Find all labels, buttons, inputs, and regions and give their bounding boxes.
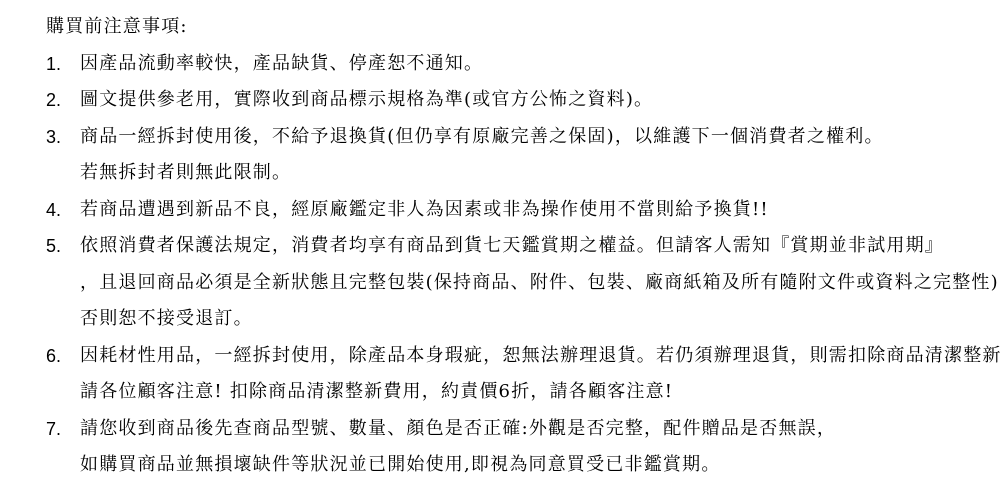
item-number: 1. — [46, 46, 80, 83]
notice-line: 請您收到商品後先查商品型號、數量、顏色是否正確:外觀是否完整，配件贈品是否無誤， — [80, 411, 980, 448]
item-number: 3. — [46, 119, 80, 156]
notice-line: 依照消費者保護法規定，消費者均享有商品到貨七天鑑賞期之權益。但請客人需知『賞期並… — [80, 228, 980, 265]
notice-item-6: 6. 因耗材性用品，一經拆封使用，除產品本身瑕疵，恕無法辦理退貨。若仍須辦理退貨… — [46, 338, 980, 411]
item-number: 2. — [46, 82, 80, 119]
notice-line: 如購買商品並無損壞缺件等狀況並已開始使用,即視為同意買受已非鑑賞期。 — [80, 447, 980, 484]
notice-line: 若無拆封者則無此限制。 — [80, 155, 980, 192]
notice-item-4: 4. 若商品遭遇到新品不良，經原廠鑑定非人為因素或非為操作使用不當則給予換貨!! — [46, 192, 980, 229]
item-text: 請您收到商品後先查商品型號、數量、顏色是否正確:外觀是否完整，配件贈品是否無誤，… — [80, 411, 980, 484]
notice-line: 因耗材性用品，一經拆封使用，除產品本身瑕疵，恕無法辦理退貨。若仍須辦理退貨，則需… — [80, 338, 980, 375]
notice-line: 圖文提供參老用，實際收到商品標示規格為準(或官方公怖之資料)。 — [80, 82, 980, 119]
item-text: 因產品流動率較快，產品缺貨、停產恕不通知。 — [80, 46, 980, 83]
item-number: 6. — [46, 338, 80, 375]
notice-line: 否則恕不接受退訂。 — [80, 301, 980, 338]
item-text: 依照消費者保護法規定，消費者均享有商品到貨七天鑑賞期之權益。但請客人需知『賞期並… — [80, 228, 980, 338]
notice-item-5: 5. 依照消費者保護法規定，消費者均享有商品到貨七天鑑賞期之權益。但請客人需知『… — [46, 228, 980, 338]
notice-line: 若商品遭遇到新品不良，經原廠鑑定非人為因素或非為操作使用不當則給予換貨!! — [80, 192, 980, 229]
notice-item-7: 7. 請您收到商品後先查商品型號、數量、顏色是否正確:外觀是否完整，配件贈品是否… — [46, 411, 980, 484]
notice-line: 商品一經拆封使用後，不給予退換貨(但仍享有原廠完善之保固)，以維護下一個消費者之… — [80, 119, 980, 156]
item-text: 圖文提供參老用，實際收到商品標示規格為準(或官方公怖之資料)。 — [80, 82, 980, 119]
item-number: 7. — [46, 411, 80, 448]
notice-line: ，且退回商品必須是全新狀態且完整包裝(保持商品、附件、包裝、廠商紙箱及所有隨附文… — [80, 265, 980, 302]
item-number: 4. — [46, 192, 80, 229]
notice-line: 請各位顧客注意! 扣除商品清潔整新費用，約責價6折，請各顧客注意! — [80, 374, 980, 411]
notice-item-1: 1. 因產品流動率較快，產品缺貨、停產恕不通知。 — [46, 46, 980, 83]
notice-item-3: 3. 商品一經拆封使用後，不給予退換貨(但仍享有原廠完善之保固)，以維護下一個消… — [46, 119, 980, 192]
notice-item-2: 2. 圖文提供參老用，實際收到商品標示規格為準(或官方公怖之資料)。 — [46, 82, 980, 119]
notice-line: 因產品流動率較快，產品缺貨、停產恕不通知。 — [80, 46, 980, 83]
notice-document: 購買前注意事項: 1. 因產品流動率較快，產品缺貨、停產恕不通知。 2. 圖文提… — [0, 0, 1000, 500]
item-text: 因耗材性用品，一經拆封使用，除產品本身瑕疵，恕無法辦理退貨。若仍須辦理退貨，則需… — [80, 338, 980, 411]
item-text: 若商品遭遇到新品不良，經原廠鑑定非人為因素或非為操作使用不當則給予換貨!! — [80, 192, 980, 229]
notice-title: 購買前注意事項: — [46, 9, 980, 46]
item-text: 商品一經拆封使用後，不給予退換貨(但仍享有原廠完善之保固)，以維護下一個消費者之… — [80, 119, 980, 192]
item-number: 5. — [46, 228, 80, 265]
